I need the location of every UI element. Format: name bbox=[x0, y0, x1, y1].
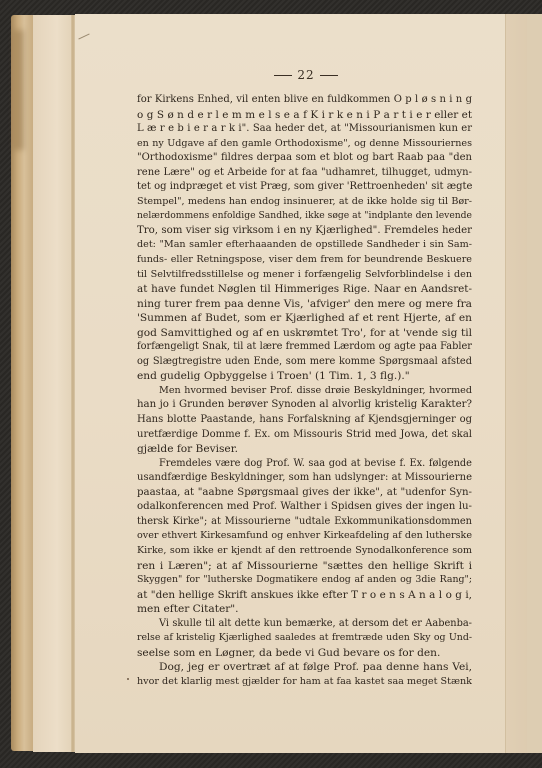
text-line: over ethvert Kirkesamfund og enhver Kirk… bbox=[137, 529, 472, 544]
stain bbox=[14, 30, 24, 150]
text-line: ren i Læren"; at af Missourierne "sættes… bbox=[137, 559, 472, 574]
text-line: gjælde for Beviser. bbox=[137, 442, 472, 457]
page-margin-left bbox=[33, 15, 73, 752]
text-line: Hans blotte Paastande, hans Forfalskning… bbox=[137, 413, 472, 428]
text-line: og Slægtregistre uden Ende, som mere kom… bbox=[137, 355, 472, 370]
text-line: usandfærdige Beskyldninger, som han udsl… bbox=[137, 471, 472, 486]
text-line: god Samvittighed og af en uskrømtet Tro'… bbox=[137, 326, 472, 341]
page-edge-right bbox=[505, 14, 528, 753]
text-line: tet og indpræget et vist Præg, som giver… bbox=[137, 180, 472, 195]
text-line: ning turer frem paa denne Vis, 'afviger'… bbox=[137, 297, 472, 312]
text-line: for Kirkens Enhed, vil enten blive en fu… bbox=[137, 93, 472, 108]
text-line: o g S ø n d e r l e m m e l s e a f K i … bbox=[137, 108, 472, 123]
text-line: relse af kristelig Kjærlighed saaledes a… bbox=[137, 631, 472, 646]
text-line: thersk Kirke"; at Missourierne "udtale E… bbox=[137, 515, 472, 530]
text-line: at have fundet Nøglen til Himmeriges Rig… bbox=[137, 282, 472, 297]
text-line: L æ r e b i e r a r k i". Saa heder det,… bbox=[137, 122, 472, 137]
text-line: odalkonferencen med Prof. Walther i Spid… bbox=[137, 500, 472, 515]
dash-left bbox=[274, 75, 292, 76]
text-line: "Orthodoxisme" fildres derpaa som et blo… bbox=[137, 151, 472, 166]
next-page-edge bbox=[527, 14, 542, 753]
text-line: en ny Udgave af den gamle Orthodoxisme",… bbox=[137, 137, 472, 152]
text-line: forfængeligt Snak, til at lære fremmed L… bbox=[137, 340, 472, 355]
text-line: Vi skulle til alt dette kun bemærke, at … bbox=[137, 617, 472, 632]
text-line: nelærdommens enfoldige Sandhed, ikke søg… bbox=[137, 209, 472, 224]
text-line: rene Lære" og et Arbeide for at faa "udh… bbox=[137, 166, 472, 181]
ink-speck bbox=[127, 678, 129, 680]
text-line: Dog, jeg er overtræt af at følge Prof. p… bbox=[137, 660, 472, 675]
text-line: Fremdeles være dog Prof. W. saa god at b… bbox=[137, 457, 472, 472]
text-line: Kirke, som ikke er kjendt af den rettroe… bbox=[137, 544, 472, 559]
text-line: funds- eller Retningspose, viser dem fre… bbox=[137, 253, 472, 268]
page-number: 22 bbox=[266, 68, 346, 82]
text-line: Men hvormed beviser Prof. disse drøie Be… bbox=[137, 384, 472, 399]
text-line: hvor det klarlig mest gjælder for ham at… bbox=[137, 675, 472, 690]
text-line: Stempel", medens han endog insinuerer, a… bbox=[137, 195, 472, 210]
text-line: 'Summen af Budet, som er Kjærlighed af e… bbox=[137, 311, 472, 326]
text-line: at "den hellige Skrift anskues ikke efte… bbox=[137, 588, 472, 603]
text-line: det: "Man samler efterhaaanden de opstil… bbox=[137, 238, 472, 253]
dash-right bbox=[320, 75, 338, 76]
text-line: han jo i Grunden berøver Synoden al alvo… bbox=[137, 398, 472, 413]
text-line: Skyggen" for "lutherske Dogmatikere endo… bbox=[137, 573, 472, 588]
text-line: til Selvtilfredsstillelse og mener i for… bbox=[137, 268, 472, 283]
text-line: end gudelig Opbyggelse i Troen' (1 Tim. … bbox=[137, 369, 472, 384]
page-number-value: 22 bbox=[297, 68, 314, 82]
text-line: seelse som en Løgner, da bede vi Gud bev… bbox=[137, 646, 472, 661]
body-text: for Kirkens Enhed, vil enten blive en fu… bbox=[137, 93, 472, 689]
text-line: men efter Citater". bbox=[137, 602, 472, 617]
text-line: paastaa, at "aabne Spørgsmaal gives der … bbox=[137, 486, 472, 501]
text-line: uretfærdige Domme f. Ex. om Missouris St… bbox=[137, 428, 472, 443]
text-line: Tro, som viser sig virksom i en ny Kjærl… bbox=[137, 224, 472, 239]
